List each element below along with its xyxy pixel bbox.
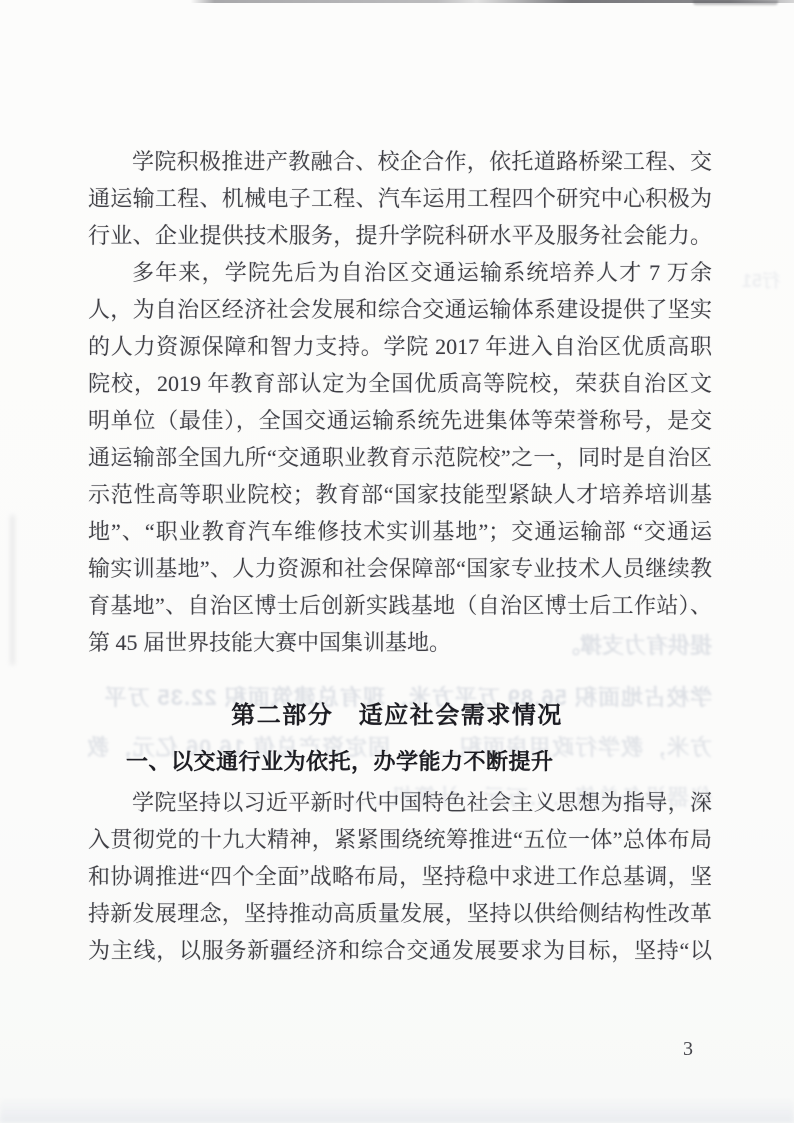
section-heading: 第二部分 适应社会需求情况 bbox=[0, 699, 794, 733]
body-text-line: 第 45 届世界技能大赛中国集训基地。 bbox=[88, 624, 712, 661]
body-text-line: 和协调推进“四个全面”战略布局，坚持稳中求进工作总基调，坚 bbox=[88, 858, 712, 895]
scan-top-edge-nub bbox=[693, 0, 778, 5]
body-text-line: 学院积极推进产教融合、校企合作，依托道路桥梁工程、交 bbox=[88, 143, 712, 180]
body-text-line: 示范性高等职业院校；教育部“国家技能型紧缺人才培养培训基 bbox=[88, 476, 712, 513]
body-text-line: 育基地”、自治区博士后创新实践基地（自治区博士后工作站）、 bbox=[88, 587, 712, 624]
body-text-line: 通运输部全国九所“交通职业教育示范院校”之一，同时是自治区 bbox=[88, 439, 712, 476]
body-text-line: 多年来，学院先后为自治区交通运输系统培养人才 7 万余 bbox=[88, 254, 712, 291]
scan-left-streak-artifact bbox=[10, 515, 15, 665]
body-text-line: 通运输工程、机械电子工程、汽车运用工程四个研究中心积极为 bbox=[88, 180, 712, 217]
subsection-heading: 一、以交通行业为依托，办学能力不断提升 bbox=[126, 746, 554, 778]
body-text-line: 学院坚持以习近平新时代中国特色社会主义思想为指导，深 bbox=[88, 784, 712, 821]
body-text-line: 院校，2019 年教育部认定为全国优质高等院校，荣获自治区文 bbox=[88, 365, 712, 402]
body-text-line: 明单位（最佳），全国交通运输系统先进集体等荣誉称号，是交 bbox=[88, 402, 712, 439]
scan-bottom-shadow bbox=[0, 1097, 794, 1123]
scanned-document-page: 行51 提供有力支撑。 学校占地面积 56.89 万平方米，现有总建筑面积 22… bbox=[0, 0, 794, 1123]
body-text-line: 的人力资源保障和智力支持。学院 2017 年进入自治区优质高职 bbox=[88, 328, 712, 365]
body-text-line: 入贯彻党的十九大精神，紧紧围绕统筹推进“五位一体”总体布局 bbox=[88, 821, 712, 858]
body-text-line: 行业、企业提供技术服务，提升学院科研水平及服务社会能力。 bbox=[88, 217, 712, 254]
body-text-line: 地”、“职业教育汽车维修技术实训基地”；交通运输部 “交通运 bbox=[88, 513, 712, 550]
scan-top-edge-artifact bbox=[0, 0, 794, 3]
body-text-line: 输实训基地”、人力资源和社会保障部“国家专业技术人员继续教 bbox=[88, 550, 712, 587]
body-text-line: 持新发展理念，坚持推动高质量发展，坚持以供给侧结构性改革 bbox=[88, 895, 712, 932]
page-number: 3 bbox=[676, 1036, 700, 1062]
body-text-line: 为主线，以服务新疆经济和综合交通发展要求为目标，坚持“以 bbox=[88, 932, 712, 969]
body-text-line: 人，为自治区经济社会发展和综合交通运输体系建设提供了坚实 bbox=[88, 291, 712, 328]
bleed-through-text: 行51 bbox=[700, 266, 780, 296]
